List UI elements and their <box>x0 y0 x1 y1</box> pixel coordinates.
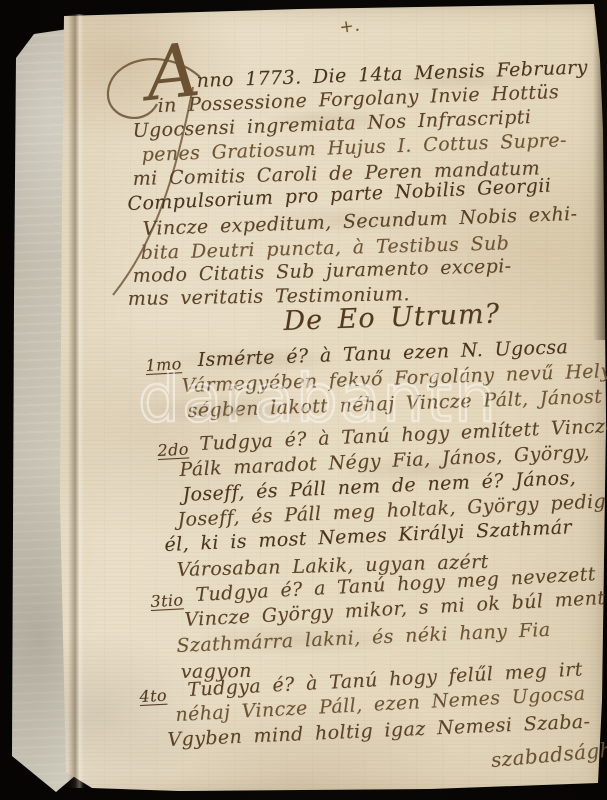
question-number: 3tio <box>150 590 184 611</box>
question-number: 2do <box>157 439 189 460</box>
question-number: 4to <box>139 686 167 706</box>
manuscript-scan: +. A nno 1773. Die 14ta Mensis February … <box>0 0 607 800</box>
fold-crease <box>68 14 84 788</box>
page-right-edge-shadow <box>593 0 607 340</box>
watermark-text: darabanth <box>138 366 498 432</box>
page-number-mark: +. <box>338 15 361 38</box>
